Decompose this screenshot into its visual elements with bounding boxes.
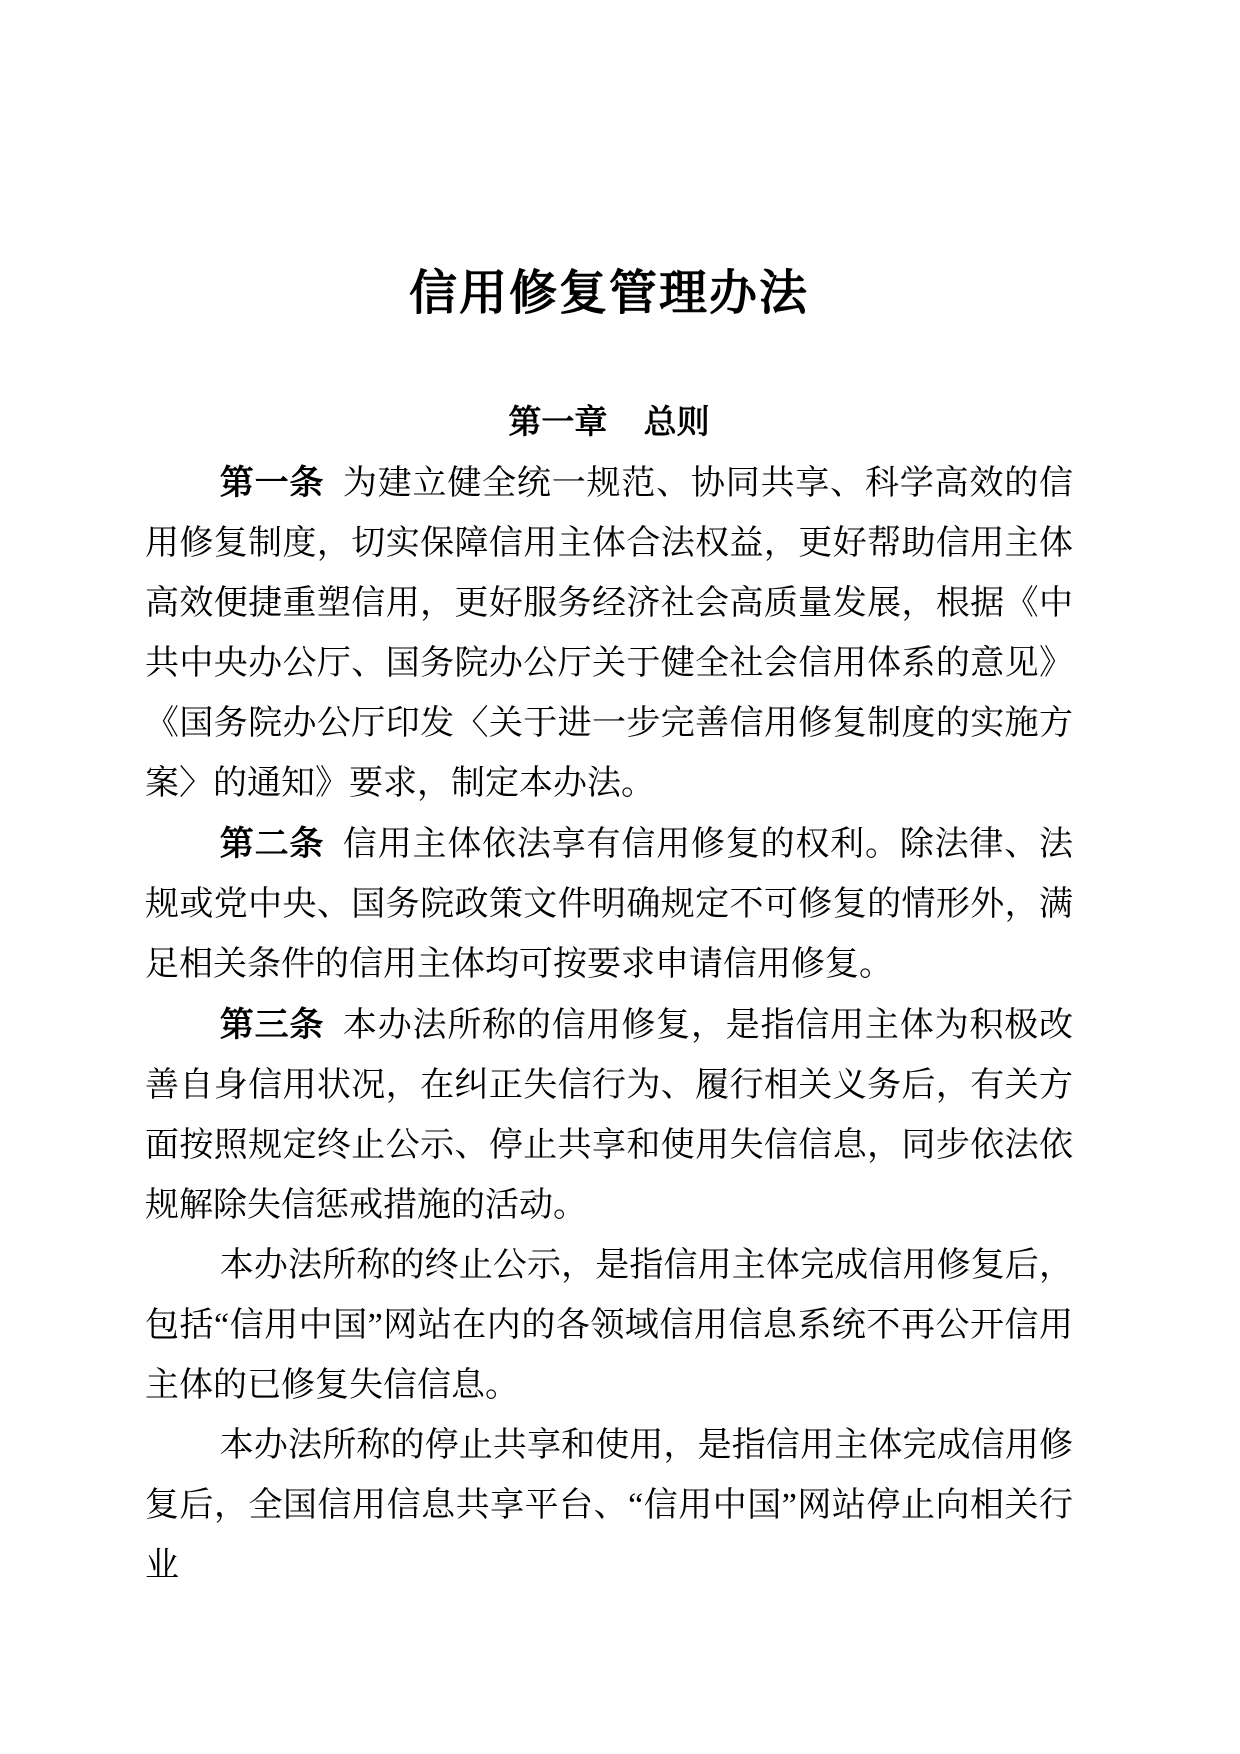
- paragraph: 第二条信用主体依法享有信用修复的权利。除法律、法规或党中央、国务院政策文件明确规…: [145, 814, 1073, 995]
- article-number: 第三条: [220, 1006, 324, 1044]
- paragraph-text: 为建立健全统一规范、协同共享、科学高效的信用修复制度，切实保障信用主体合法权益，…: [145, 465, 1073, 802]
- document-canvas: { "document": { "title": "信用修复管理办法", "ch…: [0, 0, 1240, 1754]
- paragraph: 第三条本办法所称的信用修复，是指信用主体为积极改善自身信用状况，在纠正失信行为、…: [145, 995, 1073, 1236]
- document-page: 信用修复管理办法 第一章总则 第一条为建立健全统一规范、协同共享、科学高效的信用…: [145, 0, 1073, 1596]
- document-title: 信用修复管理办法: [145, 263, 1073, 325]
- document-body: 第一条为建立健全统一规范、协同共享、科学高效的信用修复制度，切实保障信用主体合法…: [145, 453, 1073, 1596]
- article-number: 第二条: [220, 825, 324, 863]
- paragraph-text: 本办法所称的终止公示，是指信用主体完成信用修复后，包括“信用中国”网站在内的各领…: [145, 1247, 1073, 1404]
- paragraph: 本办法所称的停止共享和使用，是指信用主体完成信用修复后，全国信用信息共享平台、“…: [145, 1416, 1073, 1596]
- paragraph: 第一条为建立健全统一规范、协同共享、科学高效的信用修复制度，切实保障信用主体合法…: [145, 453, 1073, 814]
- chapter-name: 总则: [644, 403, 710, 440]
- article-number: 第一条: [220, 464, 324, 502]
- chapter-heading: 第一章总则: [145, 399, 1073, 445]
- chapter-number: 第一章: [508, 403, 607, 440]
- paragraph: 本办法所称的终止公示，是指信用主体完成信用修复后，包括“信用中国”网站在内的各领…: [145, 1236, 1073, 1416]
- paragraph-text: 本办法所称的停止共享和使用，是指信用主体完成信用修复后，全国信用信息共享平台、“…: [145, 1427, 1073, 1584]
